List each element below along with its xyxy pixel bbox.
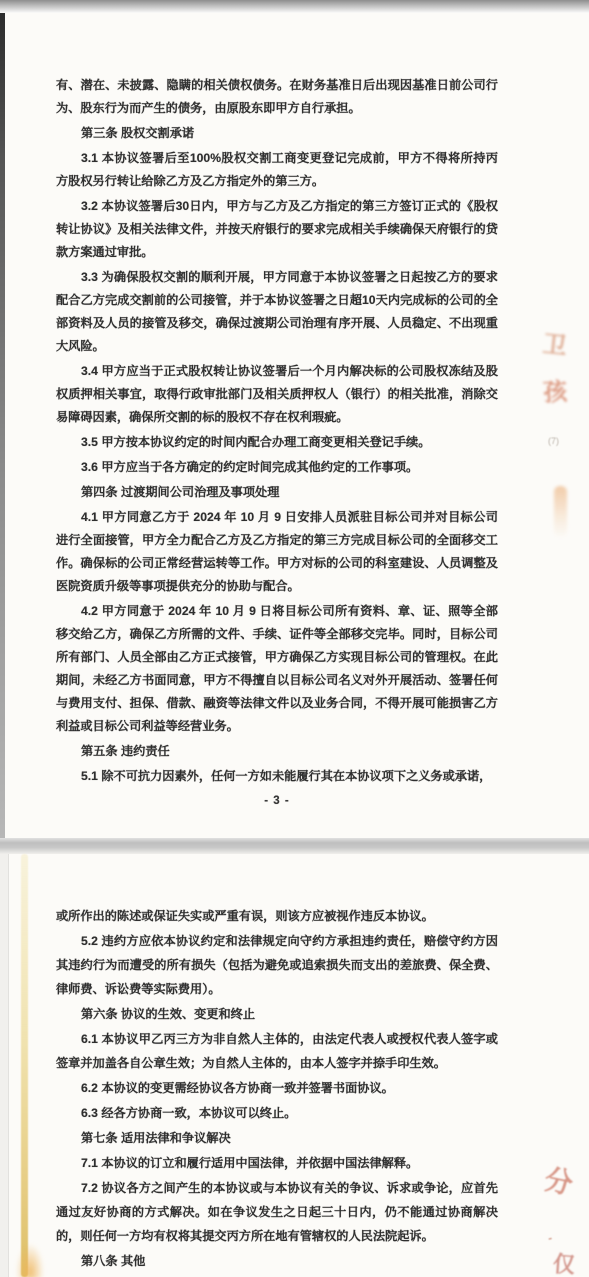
clause-7-1: 7.1 本协议的订立和履行适用中国法律，并依据中国法律解释。	[56, 1151, 498, 1175]
paper-edge-yellow-strip	[21, 854, 28, 1277]
section-heading-4: 第四条 过渡期间公司治理及事项处理	[56, 481, 498, 504]
clause-6-2: 6.2 本协议的变更需经协议各方协商一致并签署书面协议。	[56, 1076, 498, 1100]
contract-text-column: 有、潜在、未披露、隐瞒的相关债权债务。在财务基准日后出现因基准日前公司行为、股东…	[56, 74, 498, 815]
clause-3-4: 3.4 甲方应当于正式股权转让协议签署后一个月内解决标的公司股权冻结及股权质押相…	[56, 360, 498, 429]
page-number: - 3 -	[56, 790, 498, 813]
clause-5-1-continuation: 或所作出的陈述或保证失实或严重有误，则该方应被视作违反本协议。	[56, 904, 498, 928]
page-divider-shadow	[0, 838, 589, 854]
contract-text-column: 或所作出的陈述或保证失实或严重有误，则该方应被视作违反本协议。 5.2 违约方应…	[56, 904, 498, 1274]
clause-5-1: 5.1 除不可抗力因素外，任何一方如未能履行其在本协议项下之义务或承诺，	[56, 765, 498, 788]
section-heading-5: 第五条 违约责任	[56, 740, 498, 763]
section-heading-8: 第八条 其他	[56, 1249, 498, 1273]
clause-7-2: 7.2 协议各方之间产生的本协议或与本协议有关的争议、诉求或争论，应首先通过友好…	[56, 1176, 498, 1248]
clause-6-1: 6.1 本协议甲乙丙三方为非自然人主体的，由法定代表人或授权代表人签字或签章并加…	[56, 1027, 498, 1075]
page-left-margin-strip	[0, 854, 9, 1277]
section-heading-3: 第三条 股权交割承诺	[56, 122, 498, 145]
contract-page-3: 有、潜在、未披露、隐瞒的相关债权债务。在财务基准日后出现因基准日前公司行为、股东…	[0, 13, 589, 838]
clause-2-continuation: 有、潜在、未披露、隐瞒的相关债权债务。在财务基准日后出现因基准日前公司行为、股东…	[56, 74, 498, 120]
clause-3-2: 3.2 本协议签署后30日内，甲方与乙方及乙方指定的第三方签订正式的《股权转让协…	[56, 195, 498, 264]
clause-3-1: 3.1 本协议签署后至100%股权交割工商变更登记完成前，甲方不得将所持丙方股权…	[56, 147, 498, 193]
paper-corner-glow	[16, 1243, 44, 1277]
clause-4-1: 4.1 甲方同意乙方于 2024 年 10 月 9 日安排人员派驻目标公司并对目…	[56, 506, 498, 598]
photo-top-shadow	[0, 0, 589, 13]
page-left-edge-shadow	[0, 13, 5, 838]
clause-3-6: 3.6 甲方应当于各方确定的约定时间完成其他约定的工作事项。	[56, 456, 498, 479]
section-heading-6: 第六条 协议的生效、变更和终止	[56, 1002, 498, 1026]
clause-6-3: 6.3 经各方协商一致，本协议可以终止。	[56, 1101, 498, 1125]
contract-page-4: 或所作出的陈述或保证失实或严重有误，则该方应被视作违反本协议。 5.2 违约方应…	[0, 854, 589, 1277]
section-heading-7: 第七条 适用法律和争议解决	[56, 1126, 498, 1150]
orange-smudge-mark	[554, 486, 567, 538]
clause-4-2: 4.2 甲方同意于 2024 年 10 月 9 日将目标公司所有资料、章、证、照…	[56, 600, 498, 738]
clause-3-5: 3.5 甲方按本协议约定的时间内配合办理工商变更相关登记手续。	[56, 431, 498, 454]
clause-3-3: 3.3 为确保股权交割的顺利开展，甲方同意于本协议签署之日起按乙方的要求配合乙方…	[56, 266, 498, 358]
clause-5-2: 5.2 违约方应依本协议约定和法律规定向守约方承担违约责任，赔偿守约方因其违约行…	[56, 929, 498, 1001]
